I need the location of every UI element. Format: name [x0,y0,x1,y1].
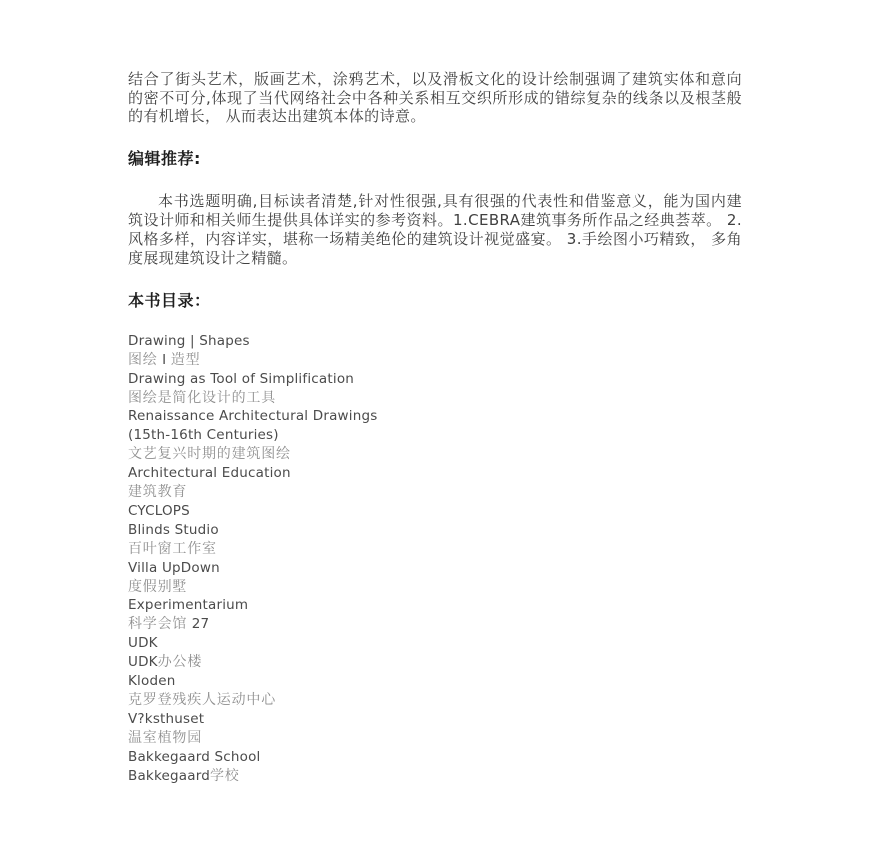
toc-entry-chinese-text: 克罗登残疾人运动中心 [128,693,276,708]
toc-entry: (15th-16th Centuries) [128,426,742,445]
toc-entry: 百叶窗工作室 [128,540,742,559]
toc-entry: Experimentarium [128,596,742,615]
toc-entry-chinese-text: 图绘是简化设计的工具 [128,391,276,406]
toc-entry: Architectural Education [128,464,742,483]
toc-entry-chinese-text: 文艺复兴时期的建筑图绘 [128,447,291,462]
toc-entry: Bakkegaard School [128,748,742,767]
toc-heading: 本书目录： [128,291,742,310]
toc-entry-latin-text: Drawing as Tool of Simplification [128,371,354,387]
toc-entry: 度假别墅 [128,578,742,597]
toc-entry-chinese-text: 造型 [171,353,201,368]
toc-entry-chinese-text: 温室植物园 [128,731,202,746]
toc-entry-latin-text: Architectural Education [128,465,291,481]
toc-entry-latin-text: (15th-16th Centuries) [128,427,279,443]
toc-entry-chinese-text: 学校 [210,769,240,784]
toc-entry: 克罗登残疾人运动中心 [128,691,742,710]
toc-entry-latin-text: Blinds Studio [128,522,219,538]
toc-entry-latin-text: Kloden [128,673,176,689]
toc-entry: Drawing | Shapes [128,332,742,351]
toc-entry: Renaissance Architectural Drawings [128,407,742,426]
toc-entry-latin-text: CYCLOPS [128,503,190,519]
toc-entry: UDK [128,634,742,653]
toc-entry-latin-text: 27 [187,616,209,632]
toc-entry: 图绘是简化设计的工具 [128,389,742,408]
document-page: 结合了街头艺术，版画艺术，涂鸦艺术，以及滑板文化的设计绘制强调了建筑实体和意向的… [0,0,870,842]
toc-entry-latin-text: Bakkegaard [128,768,210,784]
toc-entry-latin-text: Renaissance Architectural Drawings [128,408,378,424]
toc-entry-latin-text: Villa UpDown [128,560,220,576]
toc-entry: 建筑教育 [128,483,742,502]
toc-entry-latin-text: Drawing | Shapes [128,333,250,349]
toc-entry: V?ksthuset [128,710,742,729]
toc-entry: 文艺复兴时期的建筑图绘 [128,445,742,464]
toc-entry-latin-text: I [158,352,171,368]
toc-entry: UDK办公楼 [128,653,742,672]
intro-paragraph: 结合了街头艺术，版画艺术，涂鸦艺术，以及滑板文化的设计绘制强调了建筑实体和意向的… [128,70,742,126]
table-of-contents: Drawing | Shapes图绘 I 造型Drawing as Tool o… [128,332,742,786]
toc-entry: 图绘 I 造型 [128,351,742,370]
toc-entry: Drawing as Tool of Simplification [128,370,742,389]
toc-entry-chinese-text: 科学会馆 [128,617,187,632]
toc-entry-latin-text: V?ksthuset [128,711,204,727]
toc-entry: 温室植物园 [128,729,742,748]
toc-entry: Villa UpDown [128,559,742,578]
toc-entry: Kloden [128,672,742,691]
toc-entry: 科学会馆 27 [128,615,742,634]
editor-recommendation-body: 本书选题明确,目标读者清楚,针对性很强,具有很强的代表性和借鉴意义，能为国内建筑… [128,192,742,268]
editor-recommendation-heading: 编辑推荐: [128,149,742,168]
toc-entry: Blinds Studio [128,521,742,540]
document-content: 结合了街头艺术，版画艺术，涂鸦艺术，以及滑板文化的设计绘制强调了建筑实体和意向的… [128,70,742,786]
toc-entry-chinese-text: 建筑教育 [128,485,187,500]
toc-entry: Bakkegaard学校 [128,767,742,786]
toc-entry-chinese-text: 办公楼 [158,655,202,670]
toc-entry-latin-text: Experimentarium [128,597,248,613]
toc-entry-chinese-text: 百叶窗工作室 [128,542,217,557]
toc-entry-latin-text: UDK [128,635,158,651]
toc-entry: CYCLOPS [128,502,742,521]
toc-entry-chinese-text: 图绘 [128,353,158,368]
toc-entry-latin-text: UDK [128,654,158,670]
toc-entry-chinese-text: 度假别墅 [128,580,187,595]
toc-entry-latin-text: Bakkegaard School [128,749,261,765]
